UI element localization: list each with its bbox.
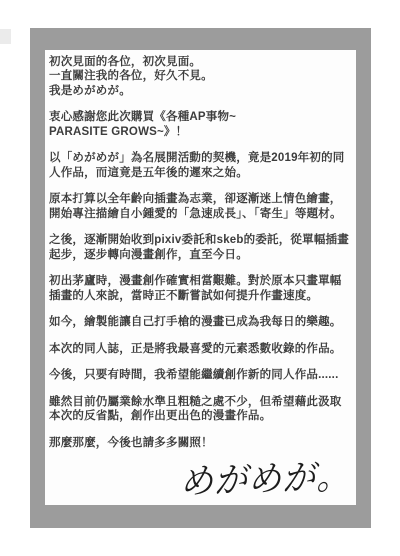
paragraph-daily-joy: 如今，繪製能讓自己打手槍的漫畫已成為我每日的樂趣。 bbox=[49, 315, 351, 329]
scanned-afterword-page: 初次見面的各位，初次見面。 一直關注我的各位，好久不見。 我是めがめが。 衷心感… bbox=[0, 0, 400, 556]
afterword-text-page: 初次見面的各位，初次見面。 一直關注我的各位，好久不見。 我是めがめが。 衷心感… bbox=[45, 50, 356, 505]
scan-artifact bbox=[0, 29, 11, 44]
paragraph-reflection: 雖然目前仍屬業餘水準且粗糙之處不少，但希望藉此汲取本次的反省點，創作出更出色的漫… bbox=[49, 395, 351, 424]
paragraph-greeting: 初次見面的各位，初次見面。 一直關注我的各位，好久不見。 我是めがめが。 bbox=[49, 55, 351, 98]
paragraph-favorite-elements: 本次的同人誌，正是將我最喜愛的元素悉數收錄的作品。 bbox=[49, 342, 351, 356]
paragraph-commissions: 之後，逐漸開始收到pixiv委託和skeb的委託，從單幅插畫起步，逐步轉向漫畫創… bbox=[49, 233, 351, 262]
paragraph-future-works: 今後，只要有時間，我希望能繼續創作新的同人作品...... bbox=[49, 368, 351, 382]
paragraph-struggles: 初出茅廬時，漫畫創作確實相當艱難。對於原本只畫單幅插畫的人來說，當時正不斷嘗試如… bbox=[49, 274, 351, 303]
paragraph-themes: 原本打算以全年齡向插畫為志業，卻逐漸迷上情色繪畫，開始專注描繪自小鍾愛的「急速成… bbox=[49, 192, 351, 221]
handwritten-signature: めがめが。 bbox=[178, 448, 359, 505]
paragraph-thanks-title: 衷心感謝您此次購買《各種AP事物~ PARASITE GROWS~》！ bbox=[49, 110, 351, 139]
afterword-body: 初次見面的各位，初次見面。 一直關注我的各位，好久不見。 我是めがめが。 衷心感… bbox=[49, 55, 351, 462]
page-gray-border: 初次見面的各位，初次見面。 一直關注我的各位，好久不見。 我是めがめが。 衷心感… bbox=[30, 28, 371, 528]
paragraph-origin: 以「めがめが」為名展開活動的契機，竟是2019年初的同人作品，而這竟是五年後的遲… bbox=[49, 151, 351, 180]
paragraph-closing: 那麼那麼，今後也請多多關照！ bbox=[49, 436, 351, 450]
